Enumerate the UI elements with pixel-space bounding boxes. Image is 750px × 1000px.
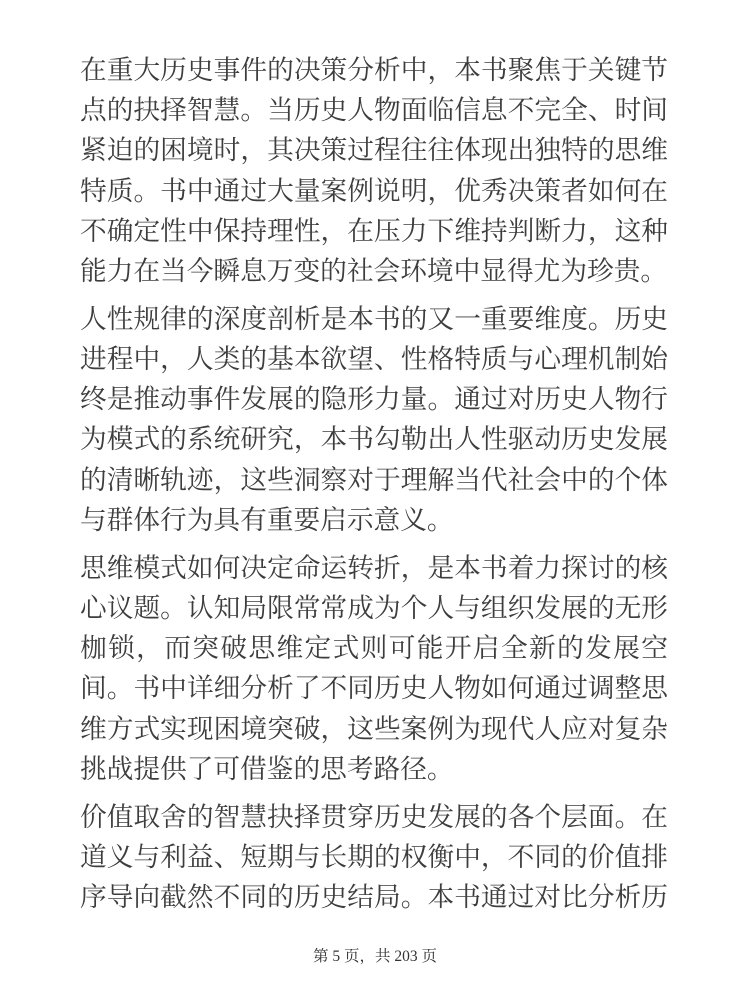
text-line: 心议题。认知局限常常成为个人与组织发展的无形 (80, 588, 668, 628)
paragraph: 在重大历史事件的决策分析中，本书聚焦于关键节 点的抉择智慧。当历史人物面临信息不… (80, 50, 668, 291)
text-line: 终是推动事件发展的隐形力量。通过对历史人物行 (80, 379, 668, 419)
text-line: 人性规律的深度剖析是本书的又一重要维度。历史 (80, 299, 668, 339)
page-number-label: 第 5 页，共 203 页 (313, 948, 437, 965)
text-line: 在重大历史事件的决策分析中，本书聚焦于关键节 (80, 50, 668, 90)
text-line: 序导向截然不同的历史结局。本书通过对比分析历 (80, 877, 668, 917)
text-line: 紧迫的困境时，其决策过程往往体现出独特的思维 (80, 130, 668, 170)
text-line: 与群体行为具有重要启示意义。 (80, 500, 668, 540)
text-line: 特质。书中通过大量案例说明，优秀决策者如何在 (80, 171, 668, 211)
text-line: 挑战提供了可借鉴的思考路径。 (80, 749, 668, 789)
paragraph: 思维模式如何决定命运转折，是本书着力探讨的核 心议题。认知局限常常成为个人与组织… (80, 548, 668, 789)
text-line: 间。书中详细分析了不同历史人物如何通过调整思 (80, 668, 668, 708)
text-line: 思维模式如何决定命运转折，是本书着力探讨的核 (80, 548, 668, 588)
text-line: 为模式的系统研究，本书勾勒出人性驱动历史发展 (80, 419, 668, 459)
text-line: 道义与利益、短期与长期的权衡中，不同的价值排 (80, 837, 668, 877)
text-line: 价值取舍的智慧抉择贯穿历史发展的各个层面。在 (80, 797, 668, 837)
page-body-text: 在重大历史事件的决策分析中，本书聚焦于关键节 点的抉择智慧。当历史人物面临信息不… (80, 50, 668, 925)
paragraph: 人性规律的深度剖析是本书的又一重要维度。历史 进程中，人类的基本欲望、性格特质与… (80, 299, 668, 540)
text-line: 维方式实现困境突破，这些案例为现代人应对复杂 (80, 709, 668, 749)
text-line: 的清晰轨迹，这些洞察对于理解当代社会中的个体 (80, 460, 668, 500)
document-page: 在重大历史事件的决策分析中，本书聚焦于关键节 点的抉择智慧。当历史人物面临信息不… (0, 0, 750, 1000)
text-line: 不确定性中保持理性，在压力下维持判断力，这种 (80, 211, 668, 251)
page-footer: 第 5 页，共 203 页 (0, 944, 750, 970)
text-line: 进程中，人类的基本欲望、性格特质与心理机制始 (80, 339, 668, 379)
text-line: 枷锁，而突破思维定式则可能开启全新的发展空 (80, 628, 668, 668)
text-line: 能力在当今瞬息万变的社会环境中显得尤为珍贵。 (80, 251, 668, 291)
paragraph: 价值取舍的智慧抉择贯穿历史发展的各个层面。在 道义与利益、短期与长期的权衡中，不… (80, 797, 668, 918)
text-line: 点的抉择智慧。当历史人物面临信息不完全、时间 (80, 90, 668, 130)
